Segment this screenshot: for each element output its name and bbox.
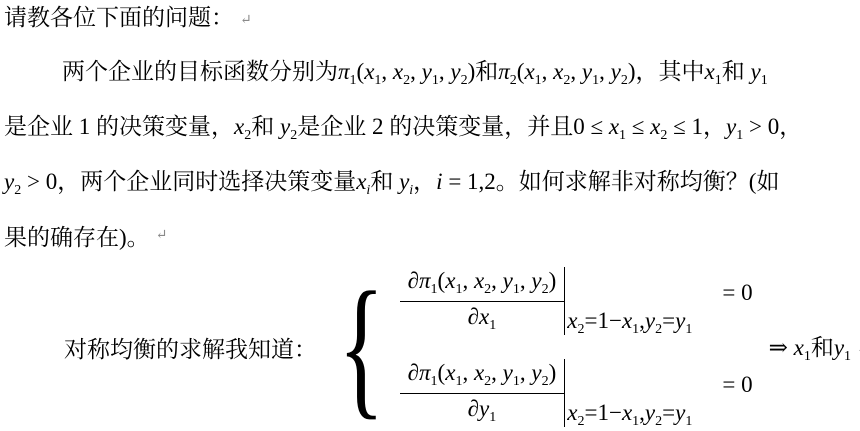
body-line-2: 是企业 1 的决策变量，x2和 y2是企业 2 的决策变量，并且0 ≤ x1 ≤… [4,98,856,153]
paragraph-mark-icon: ↵ [156,227,168,244]
fraction-denominator: ∂y1 [460,394,505,427]
body-line-1: 两个企业的目标函数分别为π1(x1, x2, y1, y2)和π2(x1, x2… [4,43,856,98]
evaluation-condition: x2=1−x1,y2=y1 [565,400,692,430]
body-line-3: y2 > 0，两个企业同时选择决策变量xi和 yi，i = 1,2。如何求解非对… [4,153,856,208]
equals-zero: = 0 [722,372,752,398]
body-line-4: 果的确存在)。↵ [4,208,856,263]
fraction-numerator: ∂π1(x1, x2, y1, y2) [400,359,565,394]
implies-result: ⇒ x1和y1↵ [769,329,860,365]
body-line-3-text: y2 > 0，两个企业同时选择决策变量xi和 yi，i = 1,2。如何求解非对… [4,163,779,199]
equation-block: 对称均衡的求解我知道： { ∂π1(x1, x2, y1, y2) ∂x1 x2… [4,263,856,431]
body-line-1-text: 两个企业的目标函数分别为π1(x1, x2, y1, y2)和π2(x1, x2… [62,53,768,89]
fraction-denominator: ∂x1 [460,302,505,335]
paragraph-intro: 请教各位下面的问题：↵ [4,4,856,35]
left-brace: { [338,269,384,425]
equals-zero: = 0 [722,280,752,306]
fraction-numerator: ∂π1(x1, x2, y1, y2) [400,267,565,302]
paragraph-mark-icon: ↵ [240,13,252,28]
evaluation-condition: x2=1−x1,y2=y1 [565,308,692,338]
equation-system: ∂π1(x1, x2, y1, y2) ∂x1 x2=1−x1,y2=y1 = … [400,267,753,427]
paragraph-body: 两个企业的目标函数分别为π1(x1, x2, y1, y2)和π2(x1, x2… [4,43,856,263]
implies-result-text: ⇒ x1和y1 [769,335,851,360]
body-line-2-text: 是企业 1 的决策变量，x2和 y2是企业 2 的决策变量，并且0 ≤ x1 ≤… [4,108,802,144]
body-line-4-text: 果的确存在)。 [4,219,150,252]
document-page: 请教各位下面的问题：↵ 两个企业的目标函数分别为π1(x1, x2, y1, y… [0,0,860,431]
equation-2: ∂π1(x1, x2, y1, y2) ∂y1 x2=1−x1,y2=y1 = … [400,359,753,427]
intro-text: 请教各位下面的问题： [4,5,234,30]
fraction: ∂π1(x1, x2, y1, y2) ∂x1 [400,267,565,335]
equation-lead-text: 对称均衡的求解我知道： [64,331,317,364]
fraction: ∂π1(x1, x2, y1, y2) ∂y1 [400,359,565,427]
equation-1: ∂π1(x1, x2, y1, y2) ∂x1 x2=1−x1,y2=y1 = … [400,267,753,335]
